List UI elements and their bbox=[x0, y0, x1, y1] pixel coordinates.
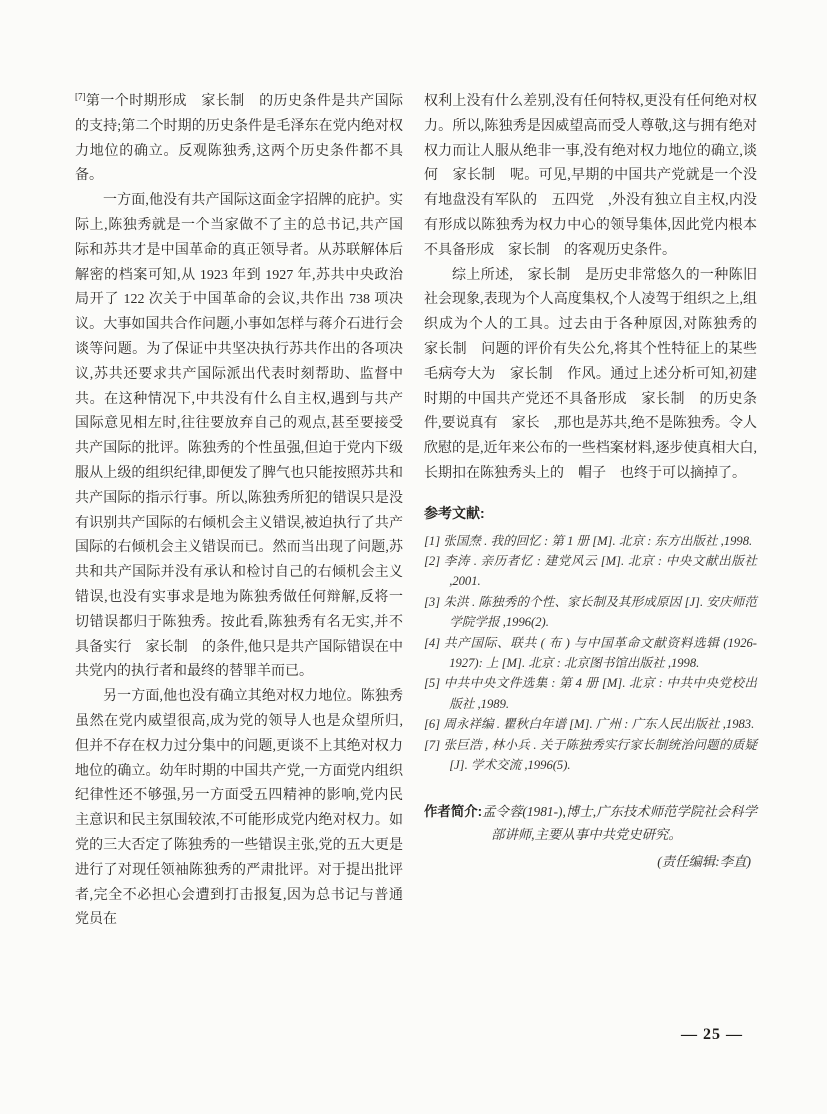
references-list: [1] 张国焘 . 我的回忆 : 第 1 册 [M]. 北京 : 东方出版社 ,… bbox=[424, 531, 757, 776]
reference-item: [5] 中共中央文件选集 : 第 4 册 [M]. 北京 : 中共中央党校出版社… bbox=[424, 673, 757, 714]
footnote-marker: [7] bbox=[75, 91, 86, 101]
body-paragraph-4: 权利上没有什么差别,没有任何特权,更没有任何绝对权力。所以,陈独秀是因威望高而受… bbox=[424, 90, 757, 264]
right-column: 权利上没有什么差别,没有任何特权,更没有任何绝对权力。所以,陈独秀是因威望高而受… bbox=[424, 90, 757, 875]
author-bio-block: 作者简介:孟令蓉(1981-),博士,广东技术师范学院社会科学部讲师,主要从事中… bbox=[424, 801, 757, 846]
reference-item: [4] 共产国际、联共 ( 布 ) 与中国革命文献资料选辑 (1926-1927… bbox=[424, 633, 757, 674]
references-heading: 参考文献: bbox=[424, 501, 757, 526]
body-paragraph-2: 一方面,他没有共产国际这面金字招牌的庇护。实际上,陈独秀就是一个当家做不了主的总… bbox=[75, 189, 403, 685]
author-bio-label: 作者简介: bbox=[424, 804, 482, 819]
body-paragraph-5: 综上所述, 家长制 是历史非常悠久的一种陈旧社会现象,表现为个人高度集权,个人凌… bbox=[424, 264, 757, 487]
page-number: — 25 — bbox=[676, 1026, 748, 1044]
editor-note: (责任编辑:李直) bbox=[424, 850, 757, 875]
body-paragraph-1-text: 第一个时期形成 家长制 的历史条件是共产国际的支持;第二个时期的历史条件是毛泽东… bbox=[75, 94, 403, 183]
reference-item: [1] 张国焘 . 我的回忆 : 第 1 册 [M]. 北京 : 东方出版社 ,… bbox=[424, 531, 757, 551]
reference-item: [7] 张巨浩 , 林小兵 . 关于陈独秀实行家长制统治问题的质疑 [J]. 学… bbox=[424, 735, 757, 776]
body-paragraph-1: [7]第一个时期形成 家长制 的历史条件是共产国际的支持;第二个时期的历史条件是… bbox=[75, 90, 403, 189]
left-column: [7]第一个时期形成 家长制 的历史条件是共产国际的支持;第二个时期的历史条件是… bbox=[75, 90, 403, 933]
reference-item: [6] 周永祥编 . 瞿秋白年谱 [M]. 广州 : 广东人民出版社 ,1983… bbox=[424, 714, 757, 734]
author-bio-text: 孟令蓉(1981-),博士,广东技术师范学院社会科学部讲师,主要从事中共党史研究… bbox=[482, 804, 757, 842]
reference-item: [3] 朱洪 . 陈独秀的个性、家长制及其形成原因 [J]. 安庆师范学院学报 … bbox=[424, 592, 757, 633]
body-paragraph-3: 另一方面,他也没有确立其绝对权力地位。陈独秀虽然在党内威望很高,成为党的领导人也… bbox=[75, 685, 403, 933]
reference-item: [2] 李涛 . 亲历者忆 : 建党风云 [M]. 北京 : 中央文献出版社 ,… bbox=[424, 551, 757, 592]
scanned-paper-page: [7]第一个时期形成 家长制 的历史条件是共产国际的支持;第二个时期的历史条件是… bbox=[0, 0, 827, 1114]
